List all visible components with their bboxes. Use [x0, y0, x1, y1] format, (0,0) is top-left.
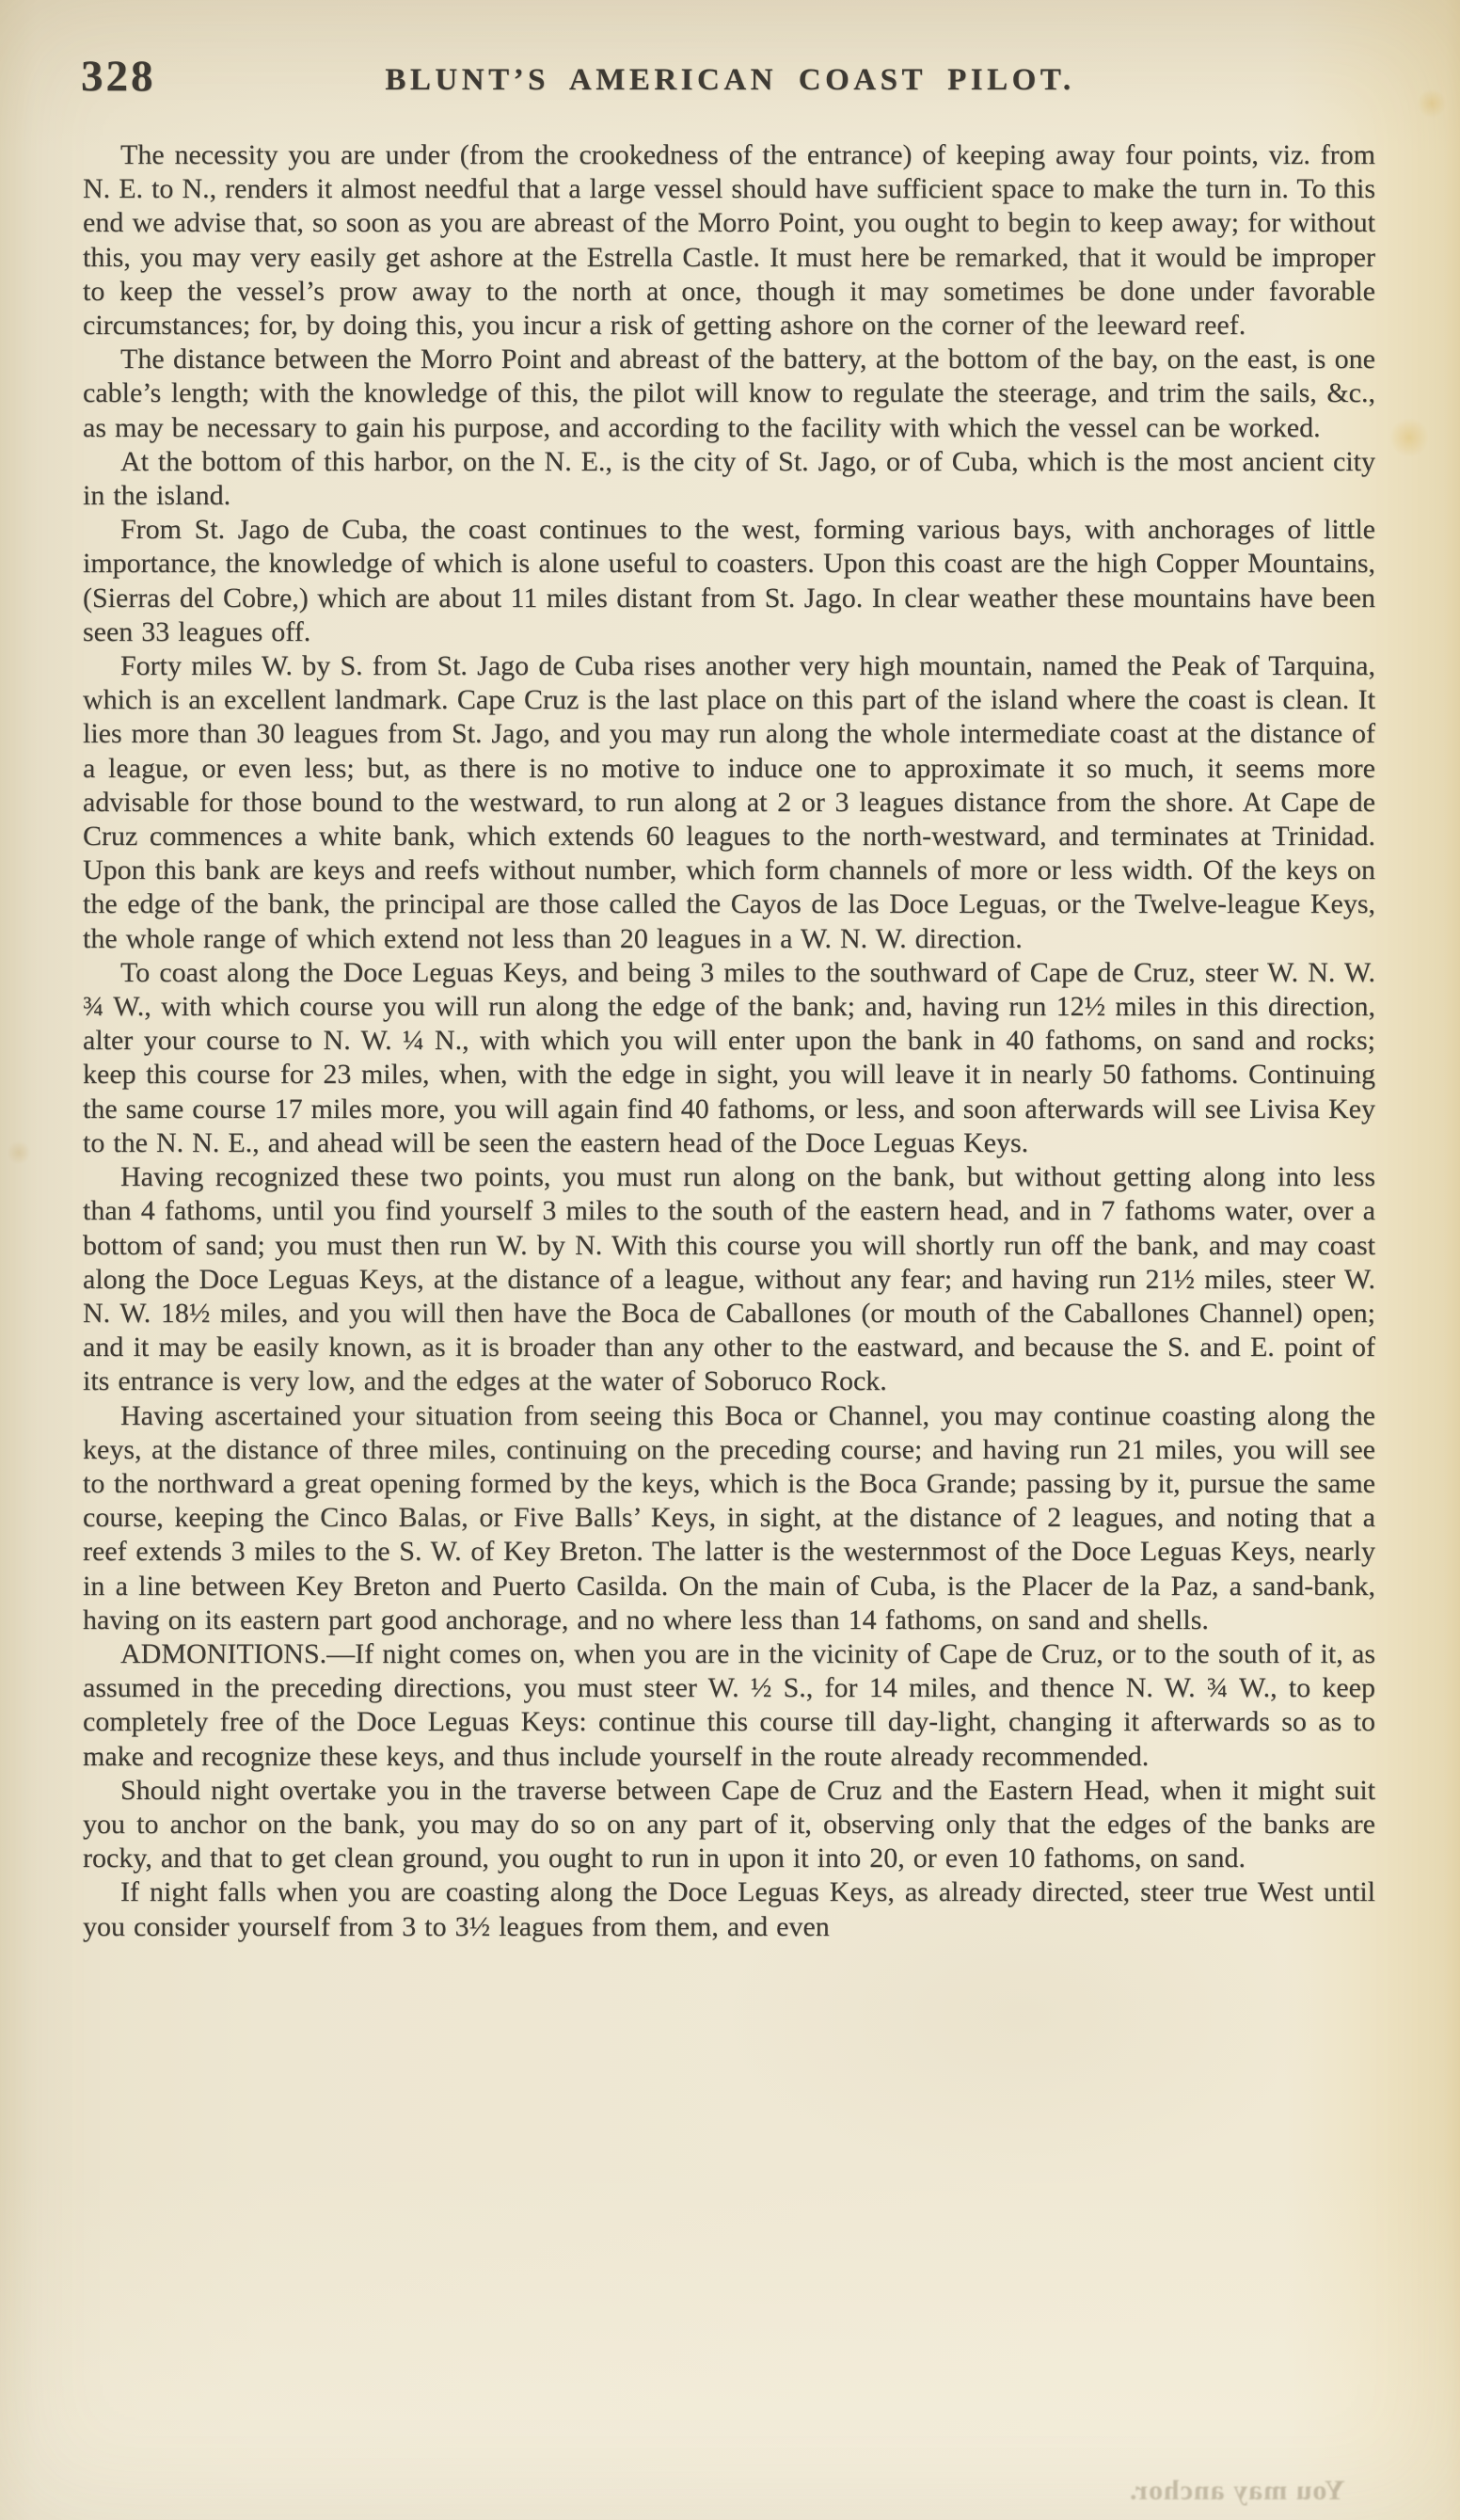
paragraph: If night falls when you are coasting alo… [83, 1875, 1375, 1943]
paragraph: The necessity you are under (from the cr… [83, 138, 1375, 343]
paragraph: At the bottom of this harbor, on the N. … [83, 445, 1375, 513]
running-title: BLUNT’S AMERICAN COAST PILOT. [0, 55, 1460, 97]
bleedthrough-text: You may anchor. [1129, 2475, 1345, 2507]
paragraph: From St. Jago de Cuba, the coast continu… [83, 513, 1375, 649]
paragraph: ADMONITIONS.—If night comes on, when you… [83, 1637, 1375, 1774]
paragraph: Having ascertained your situation from s… [83, 1399, 1375, 1637]
paragraph: Should night overtake you in the travers… [83, 1774, 1375, 1876]
page-header: 328 BLUNT’S AMERICAN COAST PILOT. [0, 55, 1460, 111]
paragraph: The distance between the Morro Point and… [83, 343, 1375, 445]
page-body: The necessity you are under (from the cr… [83, 138, 1375, 1944]
paragraph: Having recognized these two points, you … [83, 1160, 1375, 1398]
page-number: 328 [81, 55, 156, 99]
paragraph: To coast along the Doce Leguas Keys, and… [83, 956, 1375, 1160]
scanned-book-page: 328 BLUNT’S AMERICAN COAST PILOT. The ne… [0, 0, 1460, 2520]
paragraph: Forty miles W. by S. from St. Jago de Cu… [83, 649, 1375, 956]
